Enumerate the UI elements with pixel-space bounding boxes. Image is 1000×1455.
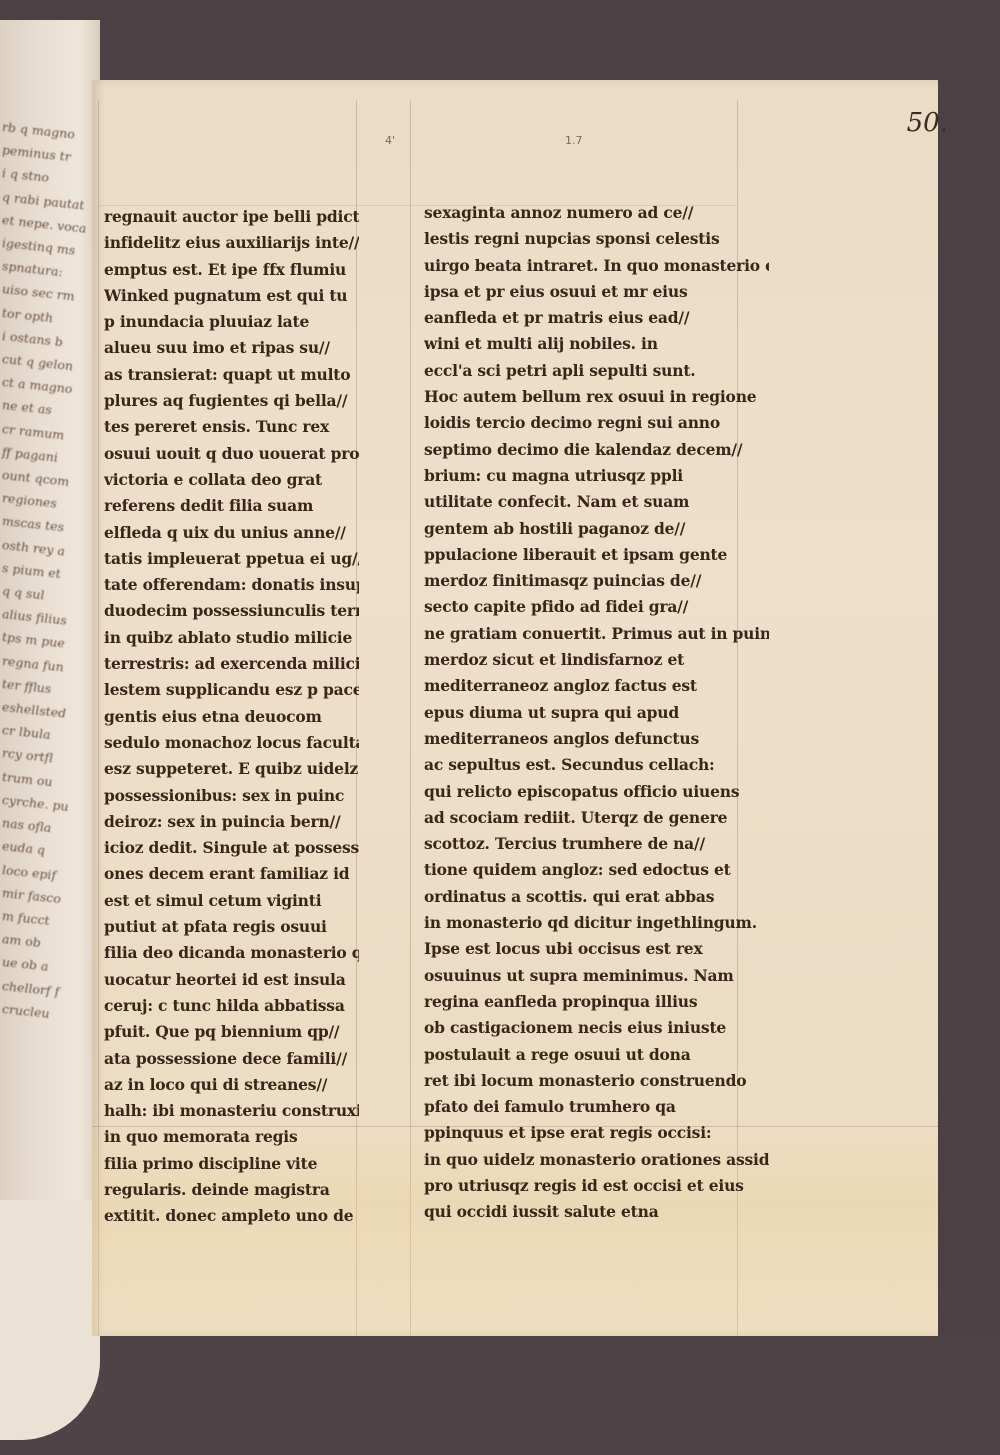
manuscript-line: elfleda q uix du unius anne//: [104, 520, 359, 546]
manuscript-line: p inundacia pluuiaz late: [104, 309, 359, 335]
manuscript-line: regnauit auctor ipe belli pdict': [104, 204, 359, 230]
manuscript-line: ret ibi locum monasterio construendo: [424, 1068, 769, 1094]
manuscript-line: icioz dedit. Singule at possessi//: [104, 835, 359, 861]
manuscript-line: uocatur heortei id est insula: [104, 967, 359, 993]
manuscript-line: postulauit a rege osuui ut dona: [424, 1042, 769, 1068]
manuscript-line: est et simul cetum viginti: [104, 888, 359, 914]
manuscript-line: brium: cu magna utriusqz ppli: [424, 463, 769, 489]
manuscript-line: tatis impleuerat ppetua ei ug//: [104, 546, 359, 572]
manuscript-line: pro utriusqz regis id est occisi et eius: [424, 1173, 769, 1199]
manuscript-line: filia primo discipline vite: [104, 1151, 359, 1177]
manuscript-line: epus diuma ut supra qui apud: [424, 700, 769, 726]
manuscript-line: uirgo beata intraret. In quo monasterio …: [424, 253, 769, 279]
manuscript-line: possessionibus: sex in puinc: [104, 783, 359, 809]
manuscript-line: extitit. donec ampleto uno de: [104, 1203, 359, 1229]
manuscript-line: filia deo dicanda monasterio q: [104, 940, 359, 966]
manuscript-line: ipsa et pr eius osuui et mr eius: [424, 279, 769, 305]
manuscript-line: terrestris: ad exercenda milicia ce//: [104, 651, 359, 677]
manuscript-line: mediterraneos anglos defunctus: [424, 726, 769, 752]
manuscript-line: merdoz sicut et lindisfarnoz et: [424, 647, 769, 673]
manuscript-line: esz suppeteret. E quibz uidelz: [104, 756, 359, 782]
manuscript-line: tate offerendam: donatis insup: [104, 572, 359, 598]
manuscript-line: lestem supplicandu esz p pace: [104, 677, 359, 703]
manuscript-line: qui occidi iussit salute etna: [424, 1199, 769, 1225]
manuscript-line: plures aq fugientes qi bella//: [104, 388, 359, 414]
manuscript-line: putiut at pfata regis osuui: [104, 914, 359, 940]
ruling-line-colB-left: [410, 100, 411, 1336]
manuscript-line: pfato dei famulo trumhero qa: [424, 1094, 769, 1120]
manuscript-line: regina eanfleda propinqua illius: [424, 989, 769, 1015]
manuscript-line: deiroz: sex in puincia bern//: [104, 809, 359, 835]
manuscript-line: scottoz. Tercius trumhere de na//: [424, 831, 769, 857]
manuscript-line: qui relicto episcopatus officio uiuens: [424, 779, 769, 805]
manuscript-line: Winked pugnatum est qui tu: [104, 283, 359, 309]
manuscript-line: infidelitz eius auxiliarijs inte//: [104, 230, 359, 256]
manuscript-line: pfuit. Que pq biennium qp//: [104, 1019, 359, 1045]
ruling-line-left-a: [98, 100, 99, 1336]
manuscript-line: in quo uidelz monasterio orationes assid…: [424, 1147, 769, 1173]
previous-page-blank-lower: [0, 1200, 100, 1440]
manuscript-line: ceruj: c tunc hilda abbatissa: [104, 993, 359, 1019]
manuscript-line: osuuinus ut supra meminimus. Nam: [424, 963, 769, 989]
manuscript-line: mediterraneoz angloz factus est: [424, 673, 769, 699]
manuscript-line: septimo decimo die kalendaz decem//: [424, 437, 769, 463]
manuscript-line: referens dedit filia suam: [104, 493, 359, 519]
manuscript-line: lestis regni nupcias sponsi celestis: [424, 226, 769, 252]
manuscript-line: sedulo monachoz locus facultas: [104, 730, 359, 756]
previous-page-edge: rb q magnopeminus tri q stnoq rabi pauta…: [0, 20, 100, 1440]
manuscript-line: as transierat: quapt ut multo: [104, 362, 359, 388]
manuscript-line: victoria e collata deo grat: [104, 467, 359, 493]
manuscript-line: merdoz finitimasqz puincias de//: [424, 568, 769, 594]
manuscript-line: ac sepultus est. Secundus cellach:: [424, 752, 769, 778]
manuscript-line: ob castigacionem necis eius iniuste: [424, 1015, 769, 1041]
manuscript-line: secto capite pfido ad fidei gra//: [424, 594, 769, 620]
manuscript-line: duodecim possessiunculis terrarum: [104, 598, 359, 624]
previous-page-text: rb q magnopeminus tri q stnoq rabi pauta…: [2, 115, 98, 1030]
top-mark-left: 4': [385, 134, 395, 147]
manuscript-line: tione quidem angloz: sed edoctus et: [424, 857, 769, 883]
manuscript-line: osuui uouit q duo uouerat pro: [104, 441, 359, 467]
manuscript-line: halh: ibi monasteriu construxit: [104, 1098, 359, 1124]
manuscript-line: in monasterio qd dicitur ingethlingum.: [424, 910, 769, 936]
text-column-a: regnauit auctor ipe belli pdict'infideli…: [104, 204, 359, 1230]
top-mark-right: 1.7: [565, 134, 583, 147]
manuscript-line: eccl'a sci petri apli sepulti sunt.: [424, 358, 769, 384]
manuscript-line: ppulacione liberauit et ipsam gente: [424, 542, 769, 568]
manuscript-line: ad scociam rediit. Uterqz de genere: [424, 805, 769, 831]
manuscript-line: in quibz ablato studio milicie: [104, 625, 359, 651]
manuscript-line: regularis. deinde magistra: [104, 1177, 359, 1203]
manuscript-line: emptus est. Et ipe ffx flumiu: [104, 257, 359, 283]
manuscript-line: loidis tercio decimo regni sui anno: [424, 410, 769, 436]
manuscript-line: alueu suu imo et ripas su//: [104, 335, 359, 361]
manuscript-line: ne gratiam conuertit. Primus aut in puin…: [424, 621, 769, 647]
manuscript-line: Hoc autem bellum rex osuui in regione: [424, 384, 769, 410]
manuscript-line: az in loco qui di streanes//: [104, 1072, 359, 1098]
manuscript-line: ordinatus a scottis. qui erat abbas: [424, 884, 769, 910]
manuscript-line: gentem ab hostili paganoz de//: [424, 516, 769, 542]
manuscript-line: eanfleda et pr matris eius ead//: [424, 305, 769, 331]
text-column-b: sexaginta annoz numero ad ce//lestis reg…: [424, 200, 769, 1226]
backdrop-lower: [0, 1335, 1000, 1455]
manuscript-line: in quo memorata regis: [104, 1124, 359, 1150]
manuscript-line: tes pereret ensis. Tunc rex: [104, 414, 359, 440]
manuscript-line: ata possessione dece famili//: [104, 1046, 359, 1072]
manuscript-line: utilitate confecit. Nam et suam: [424, 489, 769, 515]
folio-number: 50.: [907, 108, 948, 138]
manuscript-line: ppinquus et ipse erat regis occisi:: [424, 1120, 769, 1146]
manuscript-line: Ipse est locus ubi occisus est rex: [424, 936, 769, 962]
manuscript-line: gentis eius etna deuocom: [104, 704, 359, 730]
manuscript-line: ones decem erant familiaz id: [104, 861, 359, 887]
manuscript-line: wini et multi alij nobiles. in: [424, 331, 769, 357]
manuscript-line: sexaginta annoz numero ad ce//: [424, 200, 769, 226]
